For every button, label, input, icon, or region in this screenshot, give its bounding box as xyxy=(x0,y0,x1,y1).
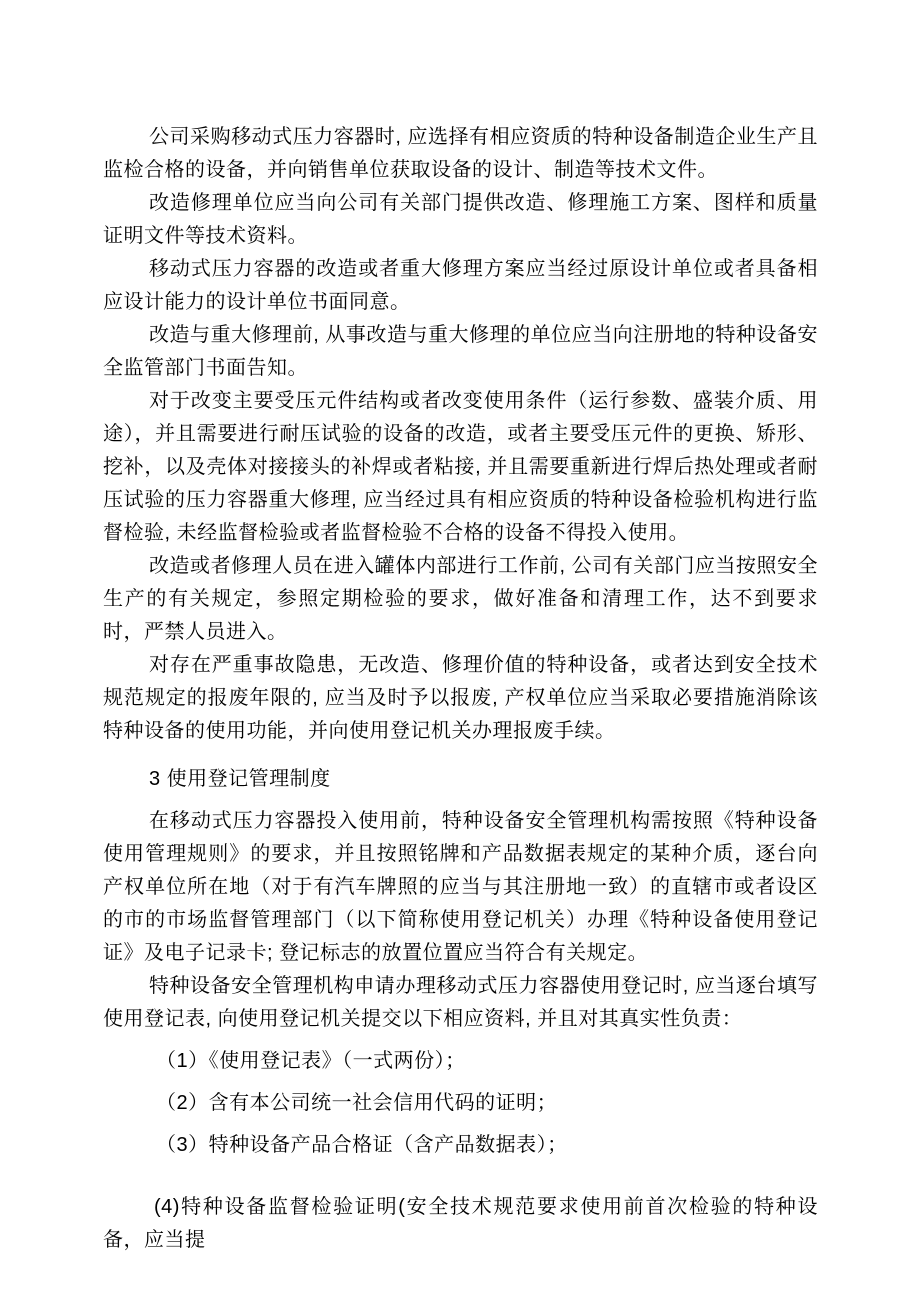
paragraph: 公司采购移动式压力容器时, 应选择有相应资质的特种设备制造企业生产且监检合格的设… xyxy=(103,121,818,187)
paragraph: 改造或者修理人员在进入罐体内部进行工作前, 公司有关部门应当按照安全生产的有关规… xyxy=(103,550,818,649)
list-item: (4)特种设备监督检验证明(安全技术规范要求使用前首次检验的特种设备，应当提 xyxy=(103,1191,818,1257)
list-item: （2）含有本公司统一社会信用代码的证明； xyxy=(103,1087,818,1120)
paragraph: 移动式压力容器的改造或者重大修理方案应当经过原设计单位或者具备相应设计能力的设计… xyxy=(103,253,818,319)
paragraph: 改造与重大修理前, 从事改造与重大修理的单位应当向注册地的特种设备安全监管部门书… xyxy=(103,319,818,385)
paragraph: 特种设备安全管理机构申请办理移动式压力容器使用登记时, 应当逐台填写使用登记表,… xyxy=(103,970,818,1036)
paragraph: 在移动式压力容器投入使用前，特种设备安全管理机构需按照《特种设备使用管理规则》的… xyxy=(103,805,818,970)
section-heading: 3 使用登记管理制度 xyxy=(103,763,818,796)
paragraph: 对存在严重事故隐患，无改造、修理价值的特种设备，或者达到安全技术规范规定的报废年… xyxy=(103,649,818,748)
list-item: （1）《使用登记表》（一式两份）； xyxy=(103,1045,818,1078)
document-page: 公司采购移动式压力容器时, 应选择有相应资质的特种设备制造企业生产且监检合格的设… xyxy=(0,0,920,1301)
paragraph: 改造修理单位应当向公司有关部门提供改造、修理施工方案、图样和质量证明文件等技术资… xyxy=(103,187,818,253)
document-content: 公司采购移动式压力容器时, 应选择有相应资质的特种设备制造企业生产且监检合格的设… xyxy=(103,121,818,1257)
list-item: （3）特种设备产品合格证（含产品数据表）； xyxy=(103,1129,818,1162)
paragraph: 对于改变主要受压元件结构或者改变使用条件（运行参数、盛装介质、用途），并且需要进… xyxy=(103,385,818,550)
